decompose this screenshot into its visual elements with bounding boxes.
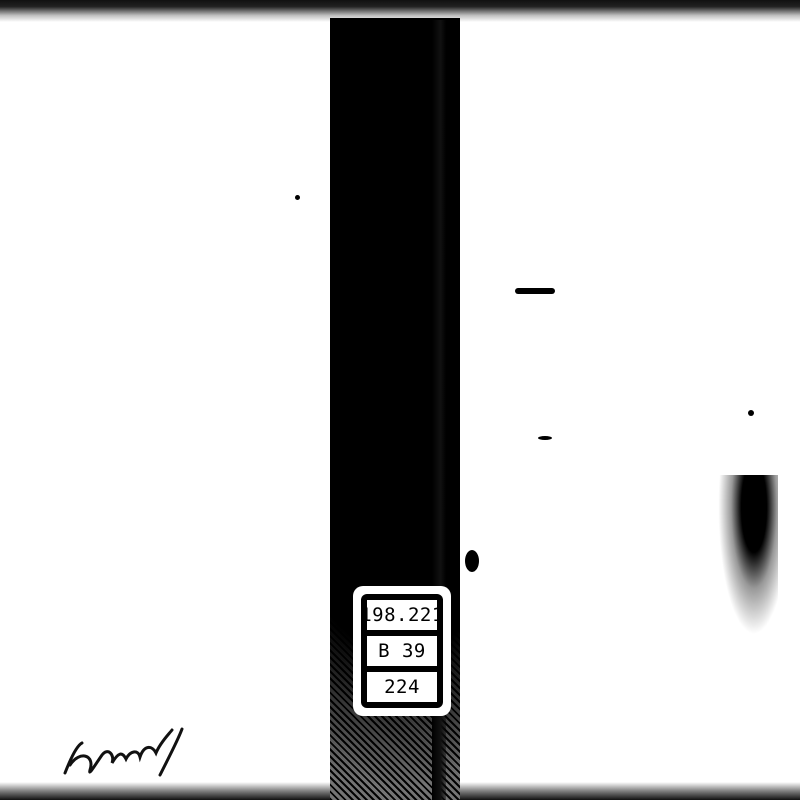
ink-speck — [538, 436, 552, 440]
ink-speck — [295, 195, 300, 200]
ink-speck — [748, 410, 754, 416]
call-number-cutter: B 39 — [367, 636, 437, 666]
stain-mark — [718, 475, 778, 635]
call-number-label: 198.221 B 39 224 — [353, 586, 451, 716]
ink-speck — [515, 288, 555, 294]
call-number-item: 224 — [367, 672, 437, 702]
handwritten-signature — [60, 725, 200, 780]
call-number-class: 198.221 — [367, 600, 437, 630]
ink-speck — [465, 550, 479, 572]
book-cover-scan: 198.221 B 39 224 — [0, 0, 800, 800]
